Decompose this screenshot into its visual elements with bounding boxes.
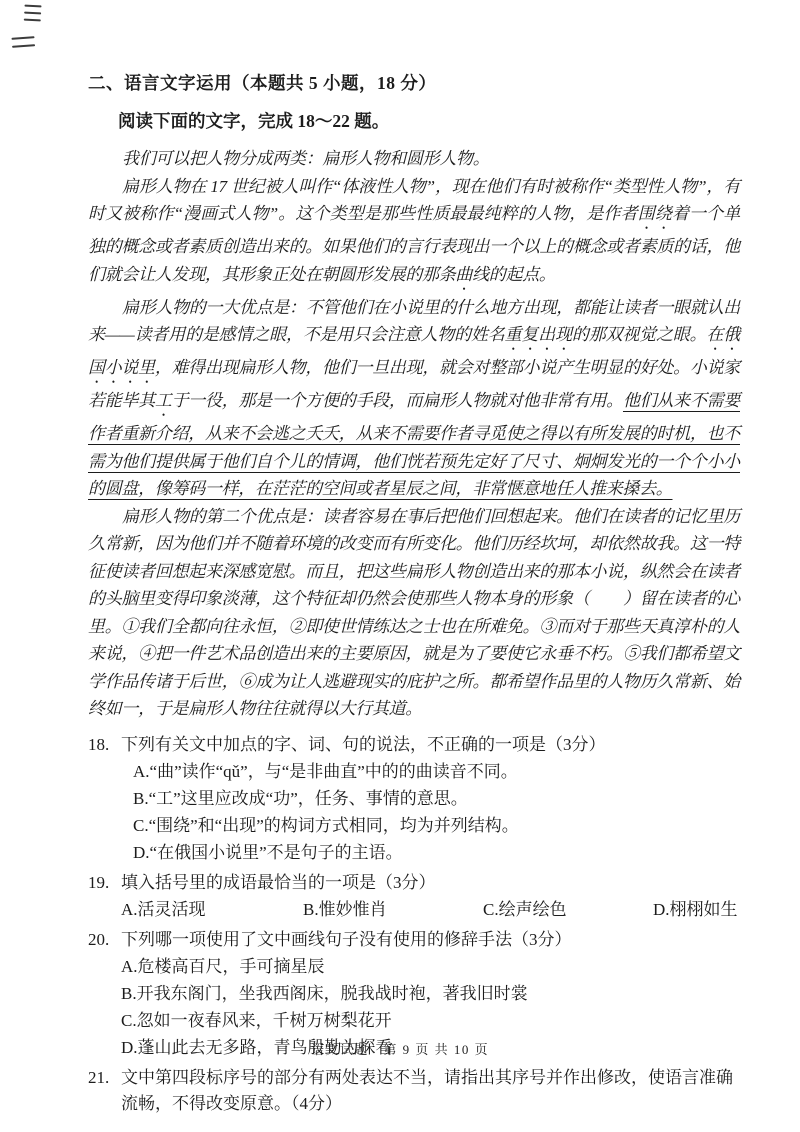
option-b: B.惟妙惟肖 (303, 897, 483, 923)
option-c: C.绘声绘色 (483, 897, 653, 923)
question-number: 20. (88, 927, 121, 953)
question-stem-text: 下列有关文中加点的字、词、句的说法，不正确的一项是（3分） (121, 732, 740, 758)
question-number: 21. (88, 1065, 121, 1117)
option-a: A.“曲”读作“qǔ”，与“是非曲直”中的的曲读音不同。 (133, 759, 740, 785)
scan-artifact (23, 5, 41, 27)
reading-instruction: 阅读下面的文字，完成 18～22 题。 (118, 108, 740, 133)
option-b: B.“工”这里应改成“功”，任务、事情的意思。 (133, 786, 740, 812)
passage-paragraph-3: 扁形人物的一大优点是：不管他们在小说里的什么地方出现，都能让读者一眼就认出来——… (88, 294, 740, 503)
question-18-options: A.“曲”读作“qǔ”，与“是非曲直”中的的曲读音不同。 B.“工”这里应改成“… (133, 759, 740, 866)
question-list: 18. 下列有关文中加点的字、词、句的说法，不正确的一项是（3分） A.“曲”读… (88, 732, 740, 1117)
question-19-options: A.活灵活现 B.惟妙惟肖 C.绘声绘色 D.栩栩如生 (121, 897, 740, 923)
option-d: D.“在俄国小说里”不是句子的主语。 (133, 840, 740, 866)
question-18-stem: 18. 下列有关文中加点的字、词、句的说法，不正确的一项是（3分） (88, 732, 740, 758)
option-c: C.“围绕”和“出现”的构词方式相同，均为并列结构。 (133, 813, 740, 839)
page-footer: 语文试题 第 9 页 共 10 页 (0, 1039, 800, 1058)
reading-passage: 我们可以把人物分成两类：扁形人物和圆形人物。 扁形人物在 17 世纪被人叫作“体… (88, 145, 740, 723)
passage-paragraph-1: 我们可以把人物分成两类：扁形人物和圆形人物。 (88, 145, 740, 173)
scan-artifact (11, 36, 35, 54)
passage-paragraph-2: 扁形人物在 17 世纪被人叫作“体液性人物”，现在他们有时被称作“类型性人物”，… (88, 173, 740, 294)
question-19: 19. 填入括号里的成语最恰当的一项是（3分） A.活灵活现 B.惟妙惟肖 C.… (88, 870, 740, 923)
option-b: B.开我东阁门，坐我西阁床，脱我战时袍，著我旧时裳 (121, 981, 740, 1007)
passage-paragraph-4: 扁形人物的第二个优点是：读者容易在事后把他们回想起来。他们在读者的记忆里历久常新… (88, 503, 740, 723)
question-stem-text: 文中第四段标序号的部分有两处表达不当，请指出其序号并作出修改，使语言准确流畅，不… (121, 1065, 740, 1117)
question-20-stem: 20. 下列哪一项使用了文中画线句子没有使用的修辞手法（3分） (88, 927, 740, 953)
question-21-stem: 21. 文中第四段标序号的部分有两处表达不当，请指出其序号并作出修改，使语言准确… (88, 1065, 740, 1117)
option-d: D.栩栩如生 (653, 897, 740, 923)
question-stem-text: 填入括号里的成语最恰当的一项是（3分） (121, 870, 740, 896)
exam-page: 二、语言文字运用（本题共 5 小题，18 分） 阅读下面的文字，完成 18～22… (0, 0, 800, 1132)
option-c: C.忽如一夜春风来，千树万树梨花开 (121, 1008, 740, 1034)
question-number: 18. (88, 732, 121, 758)
question-number: 19. (88, 870, 121, 896)
question-18: 18. 下列有关文中加点的字、词、句的说法，不正确的一项是（3分） A.“曲”读… (88, 732, 740, 866)
question-19-stem: 19. 填入括号里的成语最恰当的一项是（3分） (88, 870, 740, 896)
question-stem-text: 下列哪一项使用了文中画线句子没有使用的修辞手法（3分） (121, 927, 740, 953)
question-21: 21. 文中第四段标序号的部分有两处表达不当，请指出其序号并作出修改，使语言准确… (88, 1065, 740, 1117)
option-a: A.活灵活现 (121, 897, 303, 923)
section-title: 二、语言文字运用（本题共 5 小题，18 分） (88, 70, 740, 95)
page-content: 二、语言文字运用（本题共 5 小题，18 分） 阅读下面的文字，完成 18～22… (88, 70, 740, 1117)
option-a: A.危楼高百尺，手可摘星辰 (121, 954, 740, 980)
